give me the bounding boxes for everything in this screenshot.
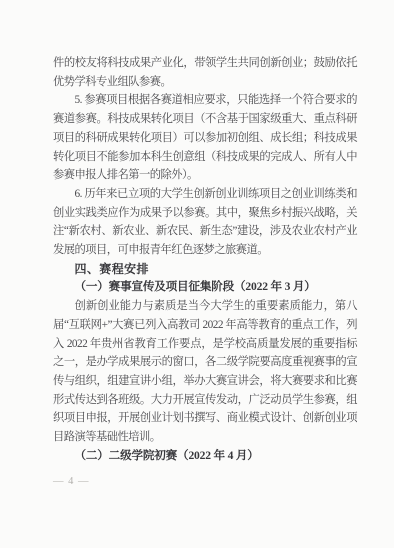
page-number: — 4 —	[53, 476, 90, 487]
paragraph-publicity-detail: 创新创业能力与素质是当今大学生的重要素质能力，第八届“互联网+”大赛已列入高教司…	[53, 297, 357, 447]
section-heading-schedule: 四、赛程安排	[53, 260, 357, 279]
document-page: 件的校友将科技成果产业化，带领学生共同创新创业；鼓励依托优势学科专业组队参赛。 …	[0, 0, 394, 548]
paragraph-rule-6: 6. 历年来已立项的大学生创新创业训练项目之创业训练类和创业实践类应作为成果予以…	[53, 185, 357, 260]
subsection-heading-college-preliminary: （二）二级学院初赛（2022 年 4 月）	[53, 447, 357, 466]
paragraph-alumni-continuation: 件的校友将科技成果产业化，带领学生共同创新创业；鼓励依托优势学科专业组队参赛。	[53, 54, 357, 91]
scanned-document: { "document": { "page_number": "— 4 —", …	[0, 0, 394, 548]
subsection-heading-publicity-stage: （一）赛事宣传及项目征集阶段（2022 年 3 月）	[53, 278, 357, 297]
paragraph-rule-5: 5. 参赛项目根据各赛道相应要求，只能选择一个符合要求的赛道参赛。科技成果转化项…	[53, 91, 357, 185]
document-text-block: 件的校友将科技成果产业化，带领学生共同创新创业；鼓励依托优势学科专业组队参赛。 …	[53, 54, 357, 465]
